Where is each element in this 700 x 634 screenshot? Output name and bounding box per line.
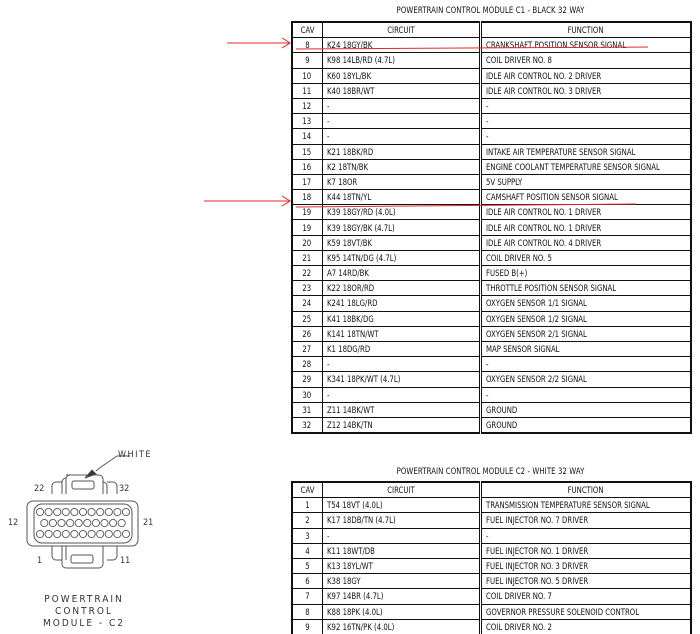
table-row: 16K2 18TN/BKENGINE COOLANT TEMPERATURE S… bbox=[292, 159, 691, 174]
caption-line-1: POWERTRAIN bbox=[24, 594, 144, 606]
table-row: 23K22 18OR/RDTHROTTLE POSITION SENSOR SI… bbox=[292, 281, 691, 296]
function-cell: FUSED B(+) bbox=[480, 266, 691, 281]
connector-c2-icon bbox=[27, 456, 138, 568]
function-cell: GOVERNOR PRESSURE SOLENOID CONTROL bbox=[480, 604, 691, 619]
circuit-cell: K21 18BK/RD bbox=[322, 144, 480, 159]
circuit-cell: K22 18OR/RD bbox=[322, 281, 480, 296]
function-cell: TRANSMISSION TEMPERATURE SENSOR SIGNAL bbox=[480, 498, 691, 513]
circuit-cell: K11 18WT/DB bbox=[322, 543, 480, 558]
cav-cell: 19 bbox=[292, 205, 322, 220]
table-row: 17K7 18OR5V SUPPLY bbox=[292, 174, 691, 189]
cav-cell: 23 bbox=[292, 281, 322, 296]
circuit-cell: K341 18PK/WT (4.7L) bbox=[322, 372, 480, 387]
circuit-cell: T54 18VT (4.0L) bbox=[322, 498, 480, 513]
circuit-cell: K1 18DG/RD bbox=[322, 341, 480, 356]
cav-cell: 27 bbox=[292, 341, 322, 356]
circuit-cell: K95 14TN/DG (4.7L) bbox=[322, 250, 480, 265]
circuit-cell: K98 14LB/RD (4.7L) bbox=[322, 53, 480, 68]
function-cell: 5V SUPPLY bbox=[480, 174, 691, 189]
pin-label-top-right: 32 bbox=[119, 484, 129, 494]
function-cell: FUEL INJECTOR NO. 7 DRIVER bbox=[480, 513, 691, 528]
function-cell: CRANKSHAFT POSITION SENSOR SIGNAL bbox=[480, 38, 691, 53]
cav-cell: 26 bbox=[292, 326, 322, 341]
circuit-cell: K39 18GY/RD (4.0L) bbox=[322, 205, 480, 220]
function-cell: IDLE AIR CONTROL NO. 1 DRIVER bbox=[480, 205, 691, 220]
circuit-cell: - bbox=[322, 114, 480, 129]
table-row: 7K97 14BR (4.7L)COIL DRIVER NO. 7 bbox=[292, 589, 691, 604]
cav-cell: 2 bbox=[292, 513, 322, 528]
table-row: 2K17 18DB/TN (4.7L)FUEL INJECTOR NO. 7 D… bbox=[292, 513, 691, 528]
function-cell: OXYGEN SENSOR 1/1 SIGNAL bbox=[480, 296, 691, 311]
circuit-cell: K241 18LG/RD bbox=[322, 296, 480, 311]
table-row: 11K40 18BR/WTIDLE AIR CONTROL NO. 3 DRIV… bbox=[292, 83, 691, 98]
header-cav: CAV bbox=[292, 22, 322, 38]
table-row: 13-- bbox=[292, 114, 691, 129]
table-row: 32Z12 14BK/TNGROUND bbox=[292, 417, 691, 433]
function-cell: COIL DRIVER NO. 8 bbox=[480, 53, 691, 68]
table-row: 19K39 18GY/RD (4.0L)IDLE AIR CONTROL NO.… bbox=[292, 205, 691, 220]
circuit-cell: K2 18TN/BK bbox=[322, 159, 480, 174]
function-cell: IDLE AIR CONTROL NO. 4 DRIVER bbox=[480, 235, 691, 250]
table-row: 15K21 18BK/RDINTAKE AIR TEMPERATURE SENS… bbox=[292, 144, 691, 159]
cav-cell: 14 bbox=[292, 129, 322, 144]
function-cell: OXYGEN SENSOR 2/1 SIGNAL bbox=[480, 326, 691, 341]
circuit-cell: - bbox=[322, 387, 480, 402]
cav-cell: 13 bbox=[292, 114, 322, 129]
table-row: 8K88 18PK (4.0L)GOVERNOR PRESSURE SOLENO… bbox=[292, 604, 691, 619]
header-circuit: CIRCUIT bbox=[322, 482, 480, 498]
function-cell: COIL DRIVER NO. 2 bbox=[480, 619, 691, 634]
table-row: 4K11 18WT/DBFUEL INJECTOR NO. 1 DRIVER bbox=[292, 543, 691, 558]
cav-cell: 5 bbox=[292, 558, 322, 573]
table-row: 14-- bbox=[292, 129, 691, 144]
cav-cell: 20 bbox=[292, 235, 322, 250]
table-row: 30-- bbox=[292, 387, 691, 402]
function-cell: THROTTLE POSITION SENSOR SIGNAL bbox=[480, 281, 691, 296]
table-row: 20K59 18VT/BKIDLE AIR CONTROL NO. 4 DRIV… bbox=[292, 235, 691, 250]
cav-cell: 12 bbox=[292, 98, 322, 113]
table-header-row: CAV CIRCUIT FUNCTION bbox=[292, 482, 691, 498]
table-row: 1T54 18VT (4.0L)TRANSMISSION TEMPERATURE… bbox=[292, 498, 691, 513]
circuit-cell: - bbox=[322, 129, 480, 144]
header-function: FUNCTION bbox=[480, 482, 691, 498]
table-row: 21K95 14TN/DG (4.7L)COIL DRIVER NO. 5 bbox=[292, 250, 691, 265]
pin-label-bottom-left: 1 bbox=[37, 556, 42, 566]
function-cell: OXYGEN SENSOR 2/2 SIGNAL bbox=[480, 372, 691, 387]
cav-cell: 16 bbox=[292, 159, 322, 174]
cav-cell: 11 bbox=[292, 83, 322, 98]
table-c2-title: POWERTRAIN CONTROL MODULE C2 - WHITE 32 … bbox=[311, 467, 670, 477]
header-cav: CAV bbox=[292, 482, 322, 498]
table-row: 31Z11 14BK/WTGROUND bbox=[292, 402, 691, 417]
cav-cell: 8 bbox=[292, 38, 322, 53]
table-row: 29K341 18PK/WT (4.7L)OXYGEN SENSOR 2/2 S… bbox=[292, 372, 691, 387]
table-row: 9K98 14LB/RD (4.7L)COIL DRIVER NO. 8 bbox=[292, 53, 691, 68]
circuit-cell: A7 14RD/BK bbox=[322, 266, 480, 281]
cav-cell: 19 bbox=[292, 220, 322, 235]
function-cell: COIL DRIVER NO. 7 bbox=[480, 589, 691, 604]
circuit-cell: - bbox=[322, 528, 480, 543]
table-row: 25K41 18BK/DGOXYGEN SENSOR 1/2 SIGNAL bbox=[292, 311, 691, 326]
function-cell: - bbox=[480, 114, 691, 129]
table-header-row: CAV CIRCUIT FUNCTION bbox=[292, 22, 691, 38]
header-circuit: CIRCUIT bbox=[322, 22, 480, 38]
table-row: 9K92 16TN/PK (4.0L)COIL DRIVER NO. 2 bbox=[292, 619, 691, 634]
caption-line-3: MODULE - C2 bbox=[24, 618, 144, 630]
pin-table-c2: CAV CIRCUIT FUNCTION 1T54 18VT (4.0L)TRA… bbox=[291, 481, 692, 634]
function-cell: IDLE AIR CONTROL NO. 2 DRIVER bbox=[480, 68, 691, 83]
function-cell: MAP SENSOR SIGNAL bbox=[480, 341, 691, 356]
circuit-cell: K60 18YL/BK bbox=[322, 68, 480, 83]
pin-table-c1: CAV CIRCUIT FUNCTION 8K24 18GY/BKCRANKSH… bbox=[291, 21, 692, 434]
circuit-cell: K38 18GY bbox=[322, 574, 480, 589]
function-cell: - bbox=[480, 357, 691, 372]
circuit-cell: K41 18BK/DG bbox=[322, 311, 480, 326]
cav-cell: 28 bbox=[292, 357, 322, 372]
pin-label-top-left: 22 bbox=[34, 484, 44, 494]
table-row: 10K60 18YL/BKIDLE AIR CONTROL NO. 2 DRIV… bbox=[292, 68, 691, 83]
circuit-cell: K24 18GY/BK bbox=[322, 38, 480, 53]
pin-label-right: 21 bbox=[143, 518, 153, 528]
connector-pin-holes bbox=[36, 508, 129, 537]
circuit-cell: K59 18VT/BK bbox=[322, 235, 480, 250]
cav-cell: 9 bbox=[292, 53, 322, 68]
function-cell: FUEL INJECTOR NO. 5 DRIVER bbox=[480, 574, 691, 589]
table-row: 12-- bbox=[292, 98, 691, 113]
function-cell: - bbox=[480, 387, 691, 402]
function-cell: CAMSHAFT POSITION SENSOR SIGNAL bbox=[480, 190, 691, 205]
function-cell: IDLE AIR CONTROL NO. 1 DRIVER bbox=[480, 220, 691, 235]
cav-cell: 22 bbox=[292, 266, 322, 281]
circuit-cell: K13 18YL/WT bbox=[322, 558, 480, 573]
circuit-cell: K141 18TN/WT bbox=[322, 326, 480, 341]
cav-cell: 10 bbox=[292, 68, 322, 83]
table-row: 5K13 18YL/WTFUEL INJECTOR NO. 3 DRIVER bbox=[292, 558, 691, 573]
cav-cell: 15 bbox=[292, 144, 322, 159]
circuit-cell: K17 18DB/TN (4.7L) bbox=[322, 513, 480, 528]
circuit-cell: K97 14BR (4.7L) bbox=[322, 589, 480, 604]
table-row: 8K24 18GY/BKCRANKSHAFT POSITION SENSOR S… bbox=[292, 38, 691, 53]
circuit-cell: K40 18BR/WT bbox=[322, 83, 480, 98]
cav-cell: 9 bbox=[292, 619, 322, 634]
circuit-cell: - bbox=[322, 98, 480, 113]
cav-cell: 17 bbox=[292, 174, 322, 189]
header-function: FUNCTION bbox=[480, 22, 691, 38]
cav-cell: 29 bbox=[292, 372, 322, 387]
table-row: 22A7 14RD/BKFUSED B(+) bbox=[292, 266, 691, 281]
cav-cell: 7 bbox=[292, 589, 322, 604]
cav-cell: 21 bbox=[292, 250, 322, 265]
cav-cell: 18 bbox=[292, 190, 322, 205]
table-row: 28-- bbox=[292, 357, 691, 372]
function-cell: - bbox=[480, 98, 691, 113]
function-cell: GROUND bbox=[480, 417, 691, 433]
function-cell: - bbox=[480, 528, 691, 543]
cav-cell: 1 bbox=[292, 498, 322, 513]
table-row: 27K1 18DG/RDMAP SENSOR SIGNAL bbox=[292, 341, 691, 356]
pin-label-bottom-right: 11 bbox=[120, 556, 130, 566]
cav-cell: 3 bbox=[292, 528, 322, 543]
cav-cell: 30 bbox=[292, 387, 322, 402]
table-row: 24K241 18LG/RDOXYGEN SENSOR 1/1 SIGNAL bbox=[292, 296, 691, 311]
circuit-cell: K39 18GY/BK (4.7L) bbox=[322, 220, 480, 235]
cav-cell: 4 bbox=[292, 543, 322, 558]
cav-cell: 8 bbox=[292, 604, 322, 619]
table-row: 6K38 18GYFUEL INJECTOR NO. 5 DRIVER bbox=[292, 574, 691, 589]
circuit-cell: Z12 14BK/TN bbox=[322, 417, 480, 433]
function-cell: OXYGEN SENSOR 1/2 SIGNAL bbox=[480, 311, 691, 326]
cav-cell: 24 bbox=[292, 296, 322, 311]
table-row: 26K141 18TN/WTOXYGEN SENSOR 2/1 SIGNAL bbox=[292, 326, 691, 341]
function-cell: - bbox=[480, 129, 691, 144]
function-cell: IDLE AIR CONTROL NO. 3 DRIVER bbox=[480, 83, 691, 98]
table-row: 18K44 18TN/YLCAMSHAFT POSITION SENSOR SI… bbox=[292, 190, 691, 205]
connector-caption: POWERTRAIN CONTROL MODULE - C2 bbox=[24, 594, 144, 630]
cav-cell: 25 bbox=[292, 311, 322, 326]
function-cell: FUEL INJECTOR NO. 1 DRIVER bbox=[480, 543, 691, 558]
function-cell: INTAKE AIR TEMPERATURE SENSOR SIGNAL bbox=[480, 144, 691, 159]
function-cell: COIL DRIVER NO. 5 bbox=[480, 250, 691, 265]
function-cell: FUEL INJECTOR NO. 3 DRIVER bbox=[480, 558, 691, 573]
circuit-cell: Z11 14BK/WT bbox=[322, 402, 480, 417]
circuit-cell: K88 18PK (4.0L) bbox=[322, 604, 480, 619]
table-c1-title: POWERTRAIN CONTROL MODULE C1 - BLACK 32 … bbox=[311, 6, 670, 16]
cav-cell: 31 bbox=[292, 402, 322, 417]
function-cell: GROUND bbox=[480, 402, 691, 417]
cav-cell: 32 bbox=[292, 417, 322, 433]
circuit-cell: K44 18TN/YL bbox=[322, 190, 480, 205]
circuit-cell: K92 16TN/PK (4.0L) bbox=[322, 619, 480, 634]
table-row: 19K39 18GY/BK (4.7L)IDLE AIR CONTROL NO.… bbox=[292, 220, 691, 235]
connector-color-label: WHITE bbox=[118, 450, 152, 460]
cav-cell: 6 bbox=[292, 574, 322, 589]
pin-label-left: 12 bbox=[8, 518, 18, 528]
table-row: 3-- bbox=[292, 528, 691, 543]
circuit-cell: K7 18OR bbox=[322, 174, 480, 189]
circuit-cell: - bbox=[322, 357, 480, 372]
function-cell: ENGINE COOLANT TEMPERATURE SENSOR SIGNAL bbox=[480, 159, 691, 174]
caption-line-2: CONTROL bbox=[24, 606, 144, 618]
